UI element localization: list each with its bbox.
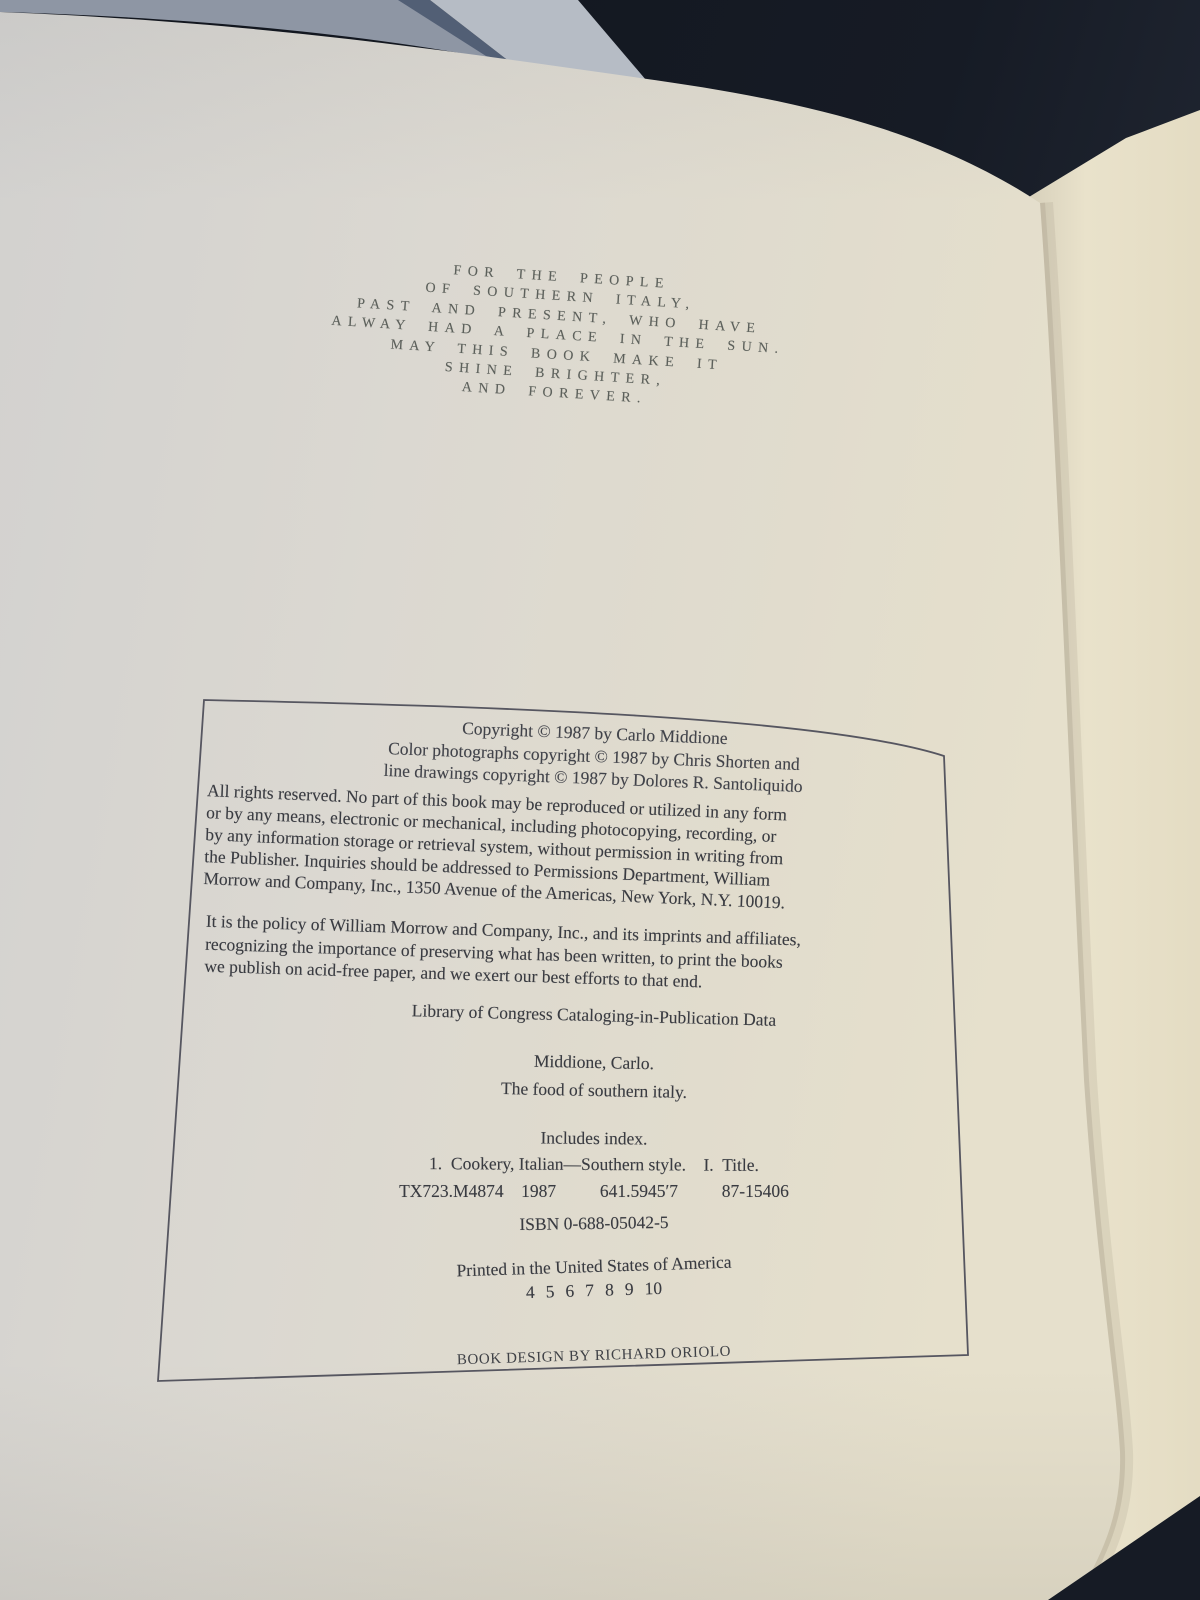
- catalog-numbers-line: TX723.M4874 1987 641.5945′7 87-15406: [210, 1181, 978, 1202]
- catalog-subject-line: 1. Cookery, Italian—Southern style. I. T…: [210, 1152, 978, 1177]
- book-photo: FOR THE PEOPLE OF SOUTHERN ITALY, PAST A…: [0, 0, 1200, 1600]
